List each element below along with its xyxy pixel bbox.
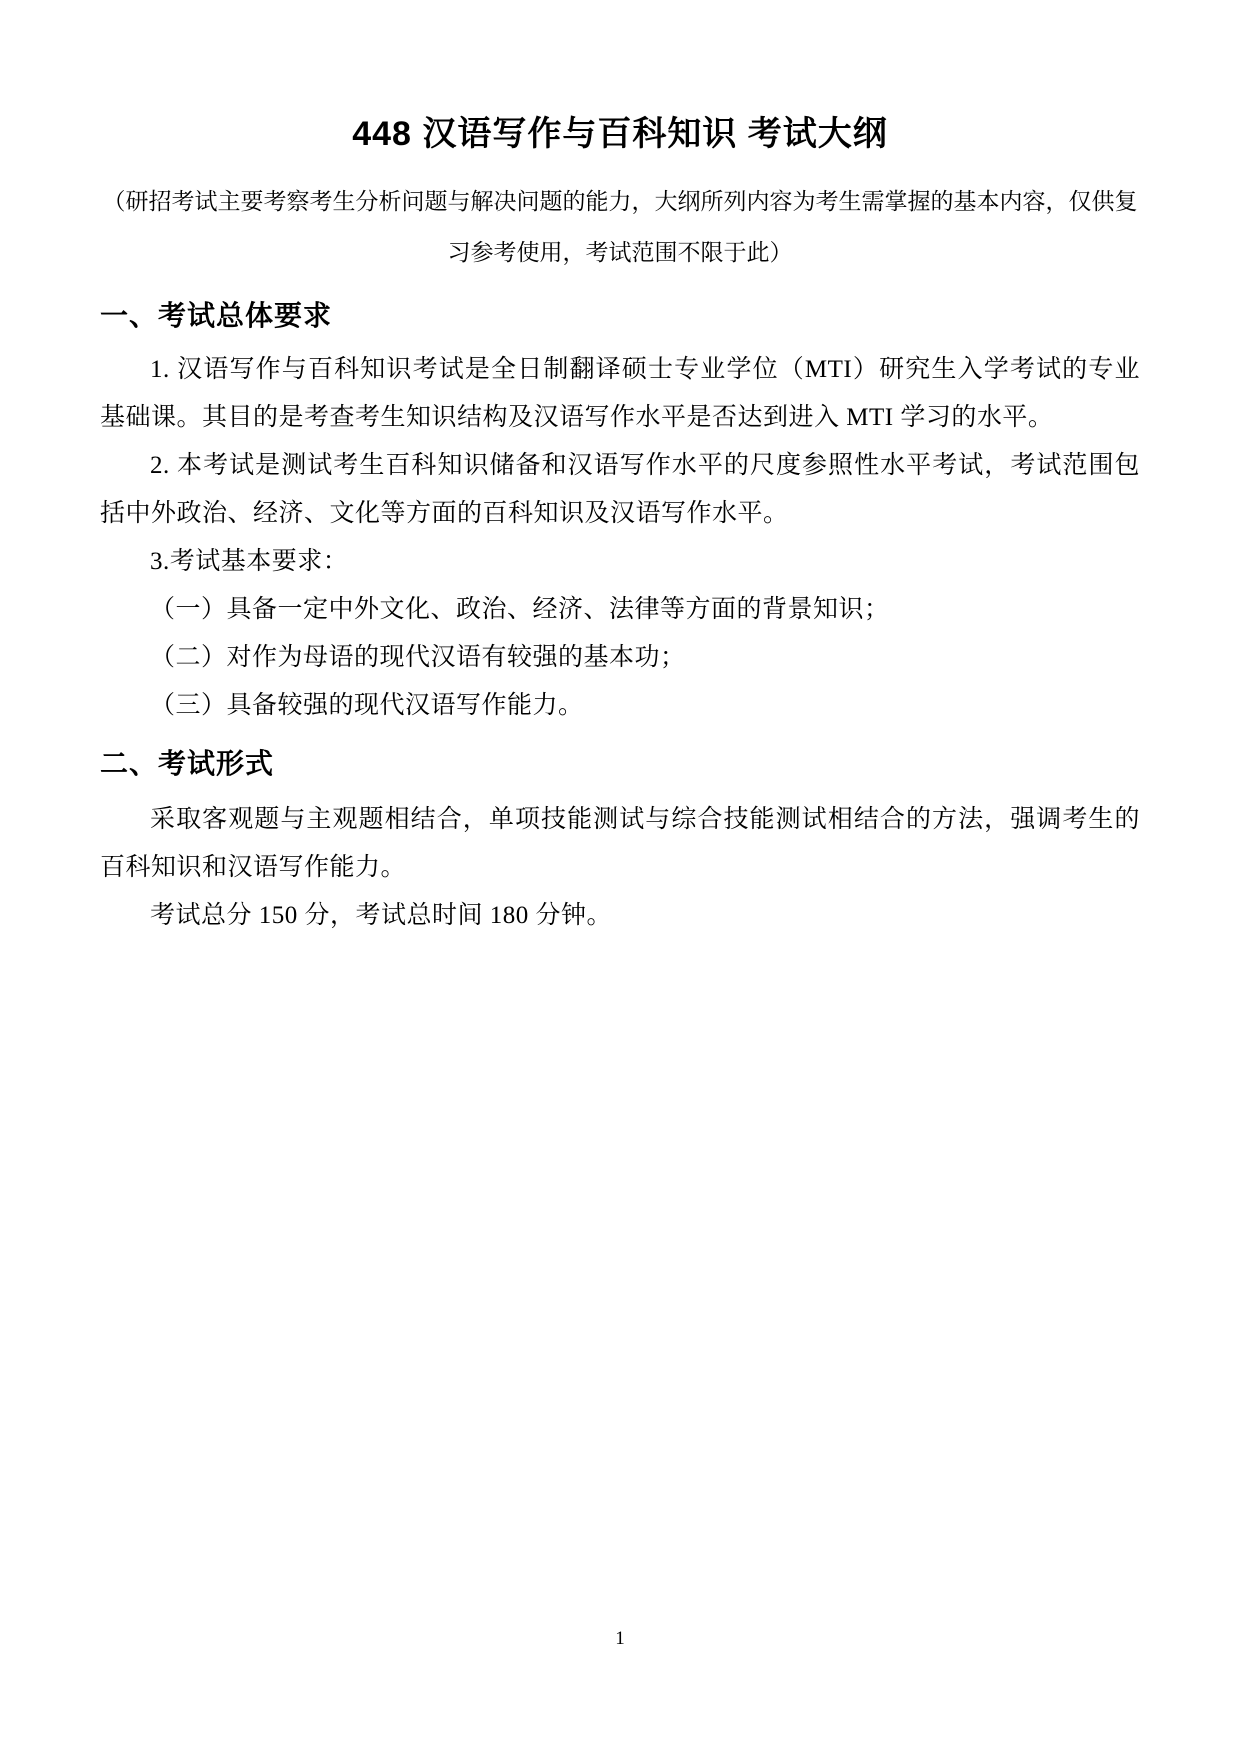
paragraph-requirement-item-3: （三）具备较强的现代汉语写作能力。 bbox=[100, 682, 1140, 730]
intro-note: （研招考试主要考察考生分析问题与解决问题的能力，大纲所列内容为考生需掌握的基本内… bbox=[100, 176, 1140, 278]
paragraph-format-2: 考试总分 150 分，考试总时间 180 分钟。 bbox=[100, 892, 1140, 940]
paragraph-basic-requirements-label: 3.考试基本要求： bbox=[100, 538, 1140, 586]
document-title: 448 汉语写作与百科知识 考试大纲 bbox=[100, 112, 1140, 156]
section-heading-overall-requirements: 一、考试总体要求 bbox=[100, 298, 1140, 334]
paragraph-overall-2: 2. 本考试是测试考生百科知识储备和汉语写作水平的尺度参照性水平考试，考试范围包… bbox=[100, 442, 1140, 538]
paragraph-format-1: 采取客观题与主观题相结合，单项技能测试与综合技能测试相结合的方法，强调考生的百科… bbox=[100, 796, 1140, 892]
section-heading-exam-format: 二、考试形式 bbox=[100, 746, 1140, 782]
document-page: 448 汉语写作与百科知识 考试大纲 （研招考试主要考察考生分析问题与解决问题的… bbox=[0, 0, 1240, 1754]
page-number: 1 bbox=[0, 1628, 1240, 1650]
paragraph-requirement-item-1: （一）具备一定中外文化、政治、经济、法律等方面的背景知识； bbox=[100, 586, 1140, 634]
paragraph-overall-1: 1. 汉语写作与百科知识考试是全日制翻译硕士专业学位（MTI）研究生入学考试的专… bbox=[100, 346, 1140, 442]
paragraph-requirement-item-2: （二）对作为母语的现代汉语有较强的基本功； bbox=[100, 634, 1140, 682]
